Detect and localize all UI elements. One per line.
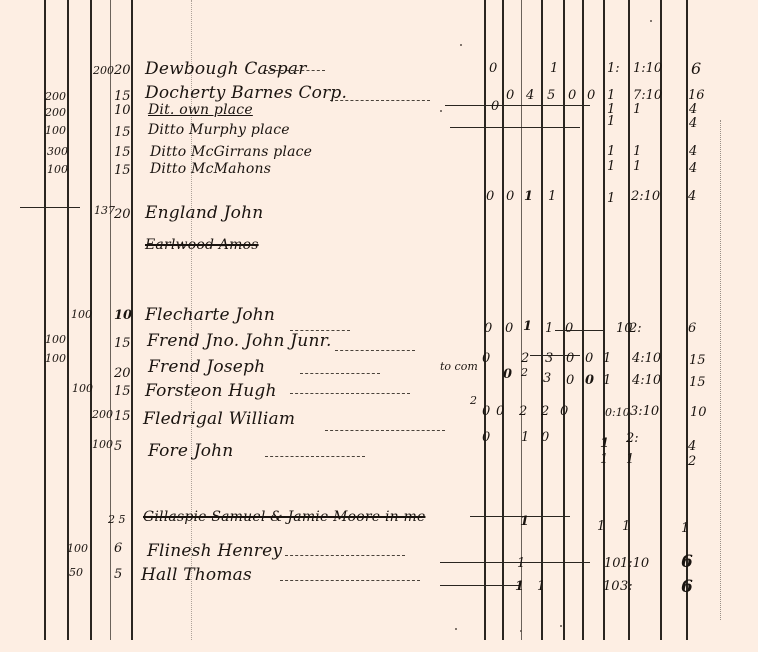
col-n3: 1: [524, 190, 533, 204]
col-n4: 1: [545, 322, 553, 336]
col-n5: 0: [568, 89, 576, 103]
col-n7: 10: [604, 557, 621, 571]
struck-entry: Earlwood Amos: [145, 236, 259, 254]
col-n7: 1: [607, 89, 615, 103]
col-n8: 4:10: [632, 352, 661, 366]
col-n2: 0: [503, 368, 512, 382]
rule-stroke: [20, 207, 80, 208]
col-n4: 1: [548, 190, 556, 204]
col-total: 4: [689, 145, 697, 159]
rule-stroke: [450, 127, 580, 128]
col-n4: 3: [545, 352, 553, 366]
leader-line: [300, 373, 380, 375]
col-n7: 1: [603, 374, 611, 388]
taxpayer-name: Fledrigal William: [143, 410, 295, 428]
col-rate: 15: [114, 337, 131, 351]
taxpayer-name: Hall Thomas: [141, 566, 252, 584]
col-total: 4: [689, 103, 697, 117]
col-rate: 10: [114, 104, 131, 118]
col-total: 4: [688, 440, 696, 454]
col-acres-2: 137: [94, 204, 115, 218]
margin-note: 2: [470, 394, 477, 408]
col-n8: 7:10: [633, 89, 662, 103]
col-n7: 0:10: [605, 406, 630, 420]
col-rate: 2 5: [108, 513, 126, 527]
col-n2: 0: [496, 405, 504, 419]
ink-speck: [460, 44, 462, 46]
col-n5: 0: [566, 374, 574, 388]
col-total: 6: [691, 62, 701, 76]
col-n7: 1: [607, 160, 615, 174]
col-n1: 0: [482, 405, 490, 419]
rule-line: [720, 120, 721, 620]
col-n5: 0: [565, 322, 573, 336]
taxpayer-name: Ditto Murphy place: [148, 121, 290, 139]
col-total: 1: [681, 522, 689, 536]
taxpayer-name: Ditto McMahons: [150, 160, 271, 178]
col-acres-2: 100: [67, 542, 88, 556]
leader-line: [325, 430, 445, 432]
col-n3: 1: [520, 515, 529, 529]
col-n8: 3:: [620, 580, 633, 594]
col-rate: 15: [114, 126, 131, 140]
col-acres-1: 100: [45, 124, 66, 138]
col-rate: 6: [114, 542, 122, 556]
col-n4: 1: [537, 580, 545, 594]
col-n8: 1: [633, 103, 641, 117]
col-acres-1: 200: [45, 106, 66, 120]
taxpayer-name: Dit. own place: [148, 101, 253, 119]
rule-line: [110, 0, 111, 640]
col-total: 6: [688, 322, 696, 336]
margin-note: to com: [440, 360, 478, 374]
col-n1: 0: [491, 100, 499, 114]
col-total: 16: [688, 89, 705, 103]
col-n1: 0: [482, 431, 490, 445]
col-acres-1: 100: [45, 333, 66, 347]
col-acres-2: 100: [92, 438, 113, 452]
col-n7: 1: [600, 453, 608, 467]
col-rate: 5: [114, 440, 122, 454]
col-total: 6: [681, 580, 693, 594]
col-n3: 4: [526, 89, 534, 103]
col-total: 4: [689, 162, 697, 176]
col-n3: 2: [521, 366, 528, 380]
rule-line: [603, 0, 605, 640]
col-acres-1: 300: [47, 145, 68, 159]
col-n8: 1: [633, 160, 641, 174]
col-n8: 1: [633, 145, 641, 159]
ledger-page: 200 20 Dewbough Caspar 0 1 1: 1:10 6 200…: [0, 0, 758, 652]
taxpayer-name: Docherty Barnes Corp.: [145, 84, 347, 102]
taxpayer-name: England John: [145, 204, 263, 222]
rule-line: [628, 0, 630, 640]
col-rate: 15: [114, 164, 131, 178]
col-rate: 15: [114, 410, 131, 424]
rule-line: [484, 0, 486, 640]
rule-stroke: [440, 585, 520, 586]
ink-speck: [520, 630, 522, 632]
col-n7: 10: [603, 580, 620, 594]
ink-speck: [440, 110, 442, 112]
col-n8: 2:10: [631, 190, 660, 204]
col-n8: 1:10: [633, 62, 662, 76]
col-n7: 1: [597, 520, 605, 534]
ink-speck: [560, 625, 562, 627]
col-n6: 0: [585, 352, 593, 366]
col-n8: 2:: [629, 322, 642, 336]
col-n6: 0: [587, 89, 595, 103]
col-n8: 4:10: [632, 374, 661, 388]
col-total: 6: [681, 555, 693, 569]
col-total: 2: [688, 455, 696, 469]
col-total: 4: [689, 117, 697, 131]
col-n7: 1: [607, 145, 615, 159]
taxpayer-name: Frend Joseph: [148, 358, 265, 376]
rule-line: [582, 0, 584, 640]
col-acres-2: 200: [93, 64, 114, 78]
col-n3: 1: [521, 431, 529, 445]
col-n7: 1:: [607, 62, 620, 76]
col-total: 15: [689, 376, 706, 390]
leader-line: [290, 393, 410, 395]
col-n5: 0: [566, 352, 574, 366]
taxpayer-name: Dewbough Caspar: [145, 60, 307, 78]
col-n7: 1: [607, 115, 615, 129]
col-n4: 5: [547, 89, 555, 103]
leader-line: [280, 580, 420, 582]
leader-line: [265, 456, 365, 458]
col-total: 4: [688, 190, 696, 204]
col-acres-1: 100: [47, 163, 68, 177]
col-n8: 1: [626, 453, 634, 467]
taxpayer-name: Fore John: [148, 442, 233, 460]
col-acres-2: 100: [71, 308, 92, 322]
col-rate: 20: [114, 208, 131, 222]
col-n8: 2:: [626, 432, 639, 446]
col-acres-1: 100: [45, 352, 66, 366]
col-acres-2: 100: [72, 382, 93, 396]
rule-stroke: [445, 105, 590, 106]
rule-line: [521, 0, 522, 640]
col-n1: 0: [482, 352, 490, 366]
col-rate: 15: [114, 385, 131, 399]
col-n2: 0: [506, 190, 514, 204]
col-acres-1: 200: [45, 90, 66, 104]
col-n3: 1: [517, 557, 525, 571]
col-n7: 1: [607, 192, 615, 206]
col-rate: 20: [114, 367, 131, 381]
col-n4: 1: [550, 62, 558, 76]
col-n7: 1: [603, 352, 611, 366]
rule-line: [502, 0, 504, 640]
col-n8: 3:10: [630, 405, 659, 419]
col-n3: 1: [515, 580, 524, 594]
col-n1: 0: [486, 190, 494, 204]
col-n4: 2: [541, 405, 549, 419]
taxpayer-name: Ditto McGirrans place: [150, 143, 312, 161]
col-n4: 0: [541, 431, 549, 445]
struck-entry: Gillaspie Samuel & Jamie Moore in me: [143, 508, 425, 526]
rule-stroke: [555, 330, 605, 331]
col-acres-2: 50: [69, 566, 83, 580]
leader-line: [335, 350, 415, 352]
col-total: 15: [689, 354, 706, 368]
leader-line: [285, 555, 405, 557]
col-rate: 15: [114, 146, 131, 160]
col-rate: 20: [114, 64, 131, 78]
col-total: 10: [690, 406, 707, 420]
col-n7: 1: [600, 437, 609, 451]
taxpayer-name: Flinesh Henrey: [147, 542, 282, 560]
taxpayer-name: Forsteon Hugh: [145, 382, 277, 400]
col-n1: 0: [489, 62, 497, 76]
col-n5: 0: [560, 405, 568, 419]
taxpayer-name: Frend Jno. John Junr.: [147, 332, 332, 350]
ink-speck: [455, 628, 457, 630]
col-n2: 0: [506, 89, 514, 103]
col-n3: 2: [519, 405, 527, 419]
col-n8: 1: [622, 520, 630, 534]
col-n8: 1:10: [620, 557, 649, 571]
rule-line: [563, 0, 565, 640]
col-n2: 0: [505, 322, 513, 336]
taxpayer-name: Flecharte John: [145, 306, 275, 324]
col-n4: 3: [543, 372, 551, 386]
col-n6: 0: [585, 374, 594, 388]
ink-speck: [650, 20, 652, 22]
col-rate: 10: [114, 309, 132, 323]
col-n3: 1: [523, 320, 532, 334]
col-rate: 15: [114, 90, 131, 104]
col-n1: 0: [484, 322, 492, 336]
rule-line: [541, 0, 543, 640]
col-acres-2: 200: [92, 408, 113, 422]
rule-stroke: [440, 562, 590, 563]
col-n3: 2: [521, 352, 529, 366]
col-rate: 5: [114, 568, 122, 582]
